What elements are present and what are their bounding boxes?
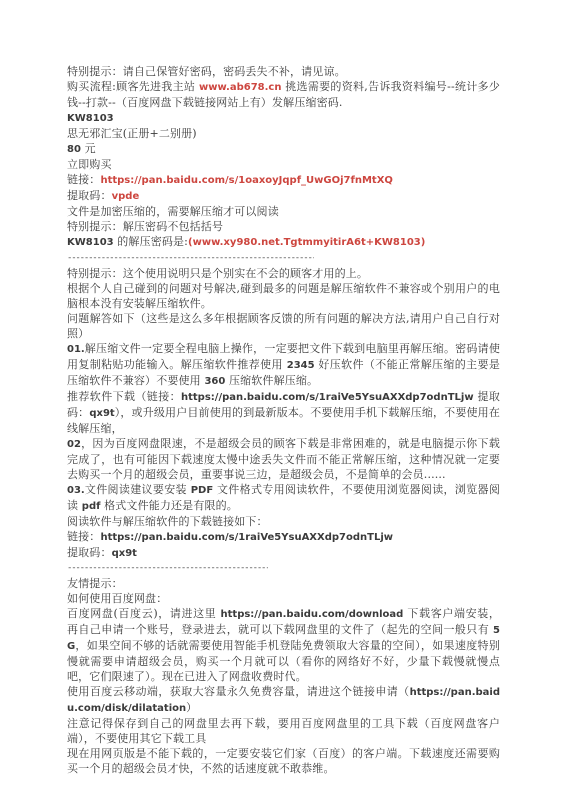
mobile-capacity-tip: 使用百度云移动端，获取大容量永久免费容量，请进这个链接申请（https://pa… (67, 684, 500, 716)
share-link-row: 链接：https://pan.baidu.com/s/1oaxoyJqpf_Uw… (67, 172, 500, 188)
text-run: ，因为百度网盘限速，不是超级会员的顾客下载是非常困难的，就是电脑提示你下载完成了… (67, 437, 500, 481)
recommended-software: 推荐软件下载（链接：https://pan.baidu.com/s/1raiVe… (67, 389, 500, 436)
unzip-password-value: (www.xy980.net.TgtmmyitirA6t+KW8103) (188, 237, 425, 248)
encrypted-file-note: 文件是加密压缩的，需要解压缩才可以阅读 (67, 204, 500, 219)
software-pan-link[interactable]: https://pan.baidu.com/s/1raiVe5YsuAXXdp7… (181, 392, 474, 403)
text-run: 提取码： (67, 546, 112, 559)
text-run: 03. (67, 485, 85, 496)
buy-now-link[interactable]: 立即购买 (67, 158, 112, 171)
faq-item-02: 02，因为百度网盘限速，不是超级会员的顾客下载是非常困难的，就是电脑提示你下载完… (67, 436, 500, 482)
text-run: 链接： (67, 530, 100, 543)
text-run: 元 (81, 142, 96, 155)
reader-software-intro: 阅读软件与解压缩软件的下载链接如下： (67, 514, 500, 529)
text-run: ），或升级用户目前使用的到最新版本。不要使用手机下载解压缩，不要使用在线解压缩， (67, 406, 500, 435)
product-price: 80 元 (67, 141, 500, 157)
text-run: 360 (204, 376, 225, 387)
faq-intro: 问题解答如下（这些是这么多年根据顾客反馈的所有问题的解决方法,请用户自己自行对照… (67, 311, 500, 341)
friendly-tip-title: 友情提示： (67, 576, 500, 591)
text-run: 文件阅读建议要安装 (85, 483, 191, 496)
purchase-flow: 购买流程:顾客先进我主站 www.ab678.cn 挑选需要的资料,告诉我资料编… (67, 79, 500, 110)
text-run: 2345 (287, 360, 315, 371)
pan-share-link[interactable]: https://pan.baidu.com/s/1oaxoyJqpf_UwGOj… (100, 175, 392, 186)
text-run: 购买流程:顾客先进我主站 (67, 80, 199, 93)
text-run: 使用百度云移动端，获取大容量永久免费容量，请进这个链接申请（ (67, 685, 410, 698)
pan-download-link[interactable]: https://pan.baidu.com/download (221, 609, 404, 620)
text-run: 根据个人自己碰到的问题对号解决,碰到最多的问题是解压缩软件不兼容或个别用户的电脑… (67, 282, 500, 310)
faq-item-03: 03.文件阅读建议要安装 PDF 文件格式专用阅读软件，不要使用浏览器阅读，浏览… (67, 482, 500, 514)
text-run: 问题解答如下（这些是这么多年根据顾客反馈的所有问题的解决方法,请用户自己自行对照… (67, 312, 500, 340)
text-run: 推荐软件下载（链接： (67, 390, 181, 403)
notice-password-brackets: 特别提示：解压密码不包括括号 (67, 219, 500, 234)
text-run: 百度网盘(百度云)，请进这里 (67, 607, 221, 620)
text-run: 如何使用百度网盘： (67, 592, 167, 605)
software-extract-code-row: 提取码：qx9t (67, 545, 500, 561)
text-run: ----------------------------------------… (67, 251, 314, 266)
text-run: 格式文件能力还是有限的。 (100, 499, 237, 512)
separator-line-1: ----------------------------------------… (67, 250, 500, 266)
text-run: 特别提示：解压密码不包括括号 (67, 220, 223, 233)
text-run: 现在用网页版是不能下载的，一定要安装它们家（百度）的客户端。下载速度还需要购买一… (67, 747, 500, 775)
document-page: 特别提示：请自己保管好密码，密码丢失不补，请见谅。购买流程:顾客先进我主站 ww… (0, 0, 566, 800)
baidu-pan-guide: 百度网盘(百度云)，请进这里 https://pan.baidu.com/dow… (67, 606, 500, 684)
document-body: 特别提示：请自己保管好密码，密码丢失不补，请见谅。购买流程:顾客先进我主站 ww… (67, 64, 500, 776)
text-run: KW8103 (67, 237, 114, 248)
text-run: 特别提示：这个使用说明只是个别实在不会的顾客才用的上。 (67, 267, 368, 280)
client-required-tip: 现在用网页版是不能下载的，一定要安装它们家（百度）的客户端。下载速度还需要购买一… (67, 746, 500, 776)
text-run: ----------------------------------------… (67, 561, 268, 576)
text-run: pdf (82, 501, 101, 512)
text-run: KW8103 (67, 113, 114, 124)
how-to-use-title: 如何使用百度网盘： (67, 591, 500, 606)
text-run: 阅读软件与解压缩软件的下载链接如下： (67, 515, 268, 528)
store-site-link[interactable]: www.ab678.cn (199, 82, 282, 93)
notice-manual-usage: 特别提示：这个使用说明只是个别实在不会的顾客才用的上。 (67, 266, 500, 281)
text-run: 思无邪汇宝(正册+二别册) (67, 127, 197, 140)
software-link-row: 链接：https://pan.baidu.com/s/1raiVe5YsuAXX… (67, 529, 500, 545)
text-run: qx9t (89, 408, 114, 419)
extract-code-value: vpde (112, 191, 140, 202)
unzip-password-row: KW8103 的解压密码是:(www.xy980.net.TgtmmyitirA… (67, 234, 500, 250)
notice-keep-password: 特别提示：请自己保管好密码，密码丢失不补，请见谅。 (67, 64, 500, 79)
text-run: 80 (67, 144, 81, 155)
text-run: 文件是加密压缩的，需要解压缩才可以阅读 (67, 205, 279, 218)
intro-problems: 根据个人自己碰到的问题对号解决,碰到最多的问题是解压缩软件不兼容或个别用户的电脑… (67, 281, 500, 311)
text-run: 02 (67, 439, 81, 450)
product-title: 思无邪汇宝(正册+二别册) (67, 126, 500, 141)
product-code: KW8103 (67, 110, 500, 126)
text-run: PDF (191, 485, 213, 496)
text-run: 提取码： (67, 189, 112, 202)
faq-item-01: 01.解压缩文件一定要全程电脑上操作，一定要把文件下载到电脑里再解压缩。密码请使… (67, 341, 500, 389)
software-extract-code-value: qx9t (112, 548, 137, 559)
text-run: 压缩软件解压缩。 (225, 374, 318, 387)
separator-line-2: ----------------------------------------… (67, 561, 500, 577)
text-run: 的解压密码是: (114, 235, 188, 248)
text-run: 注意记得保存到自己的网盘里去再下载，要用百度网盘里的工具下载（百度网盘客户端），… (67, 717, 500, 745)
buy-now: 立即购买 (67, 157, 500, 172)
text-run: 01. (67, 344, 85, 355)
software-pan-link-2[interactable]: https://pan.baidu.com/s/1raiVe5YsuAXXdp7… (100, 532, 393, 543)
text-run: 链接： (67, 173, 100, 186)
save-before-download-tip: 注意记得保存到自己的网盘里去再下载，要用百度网盘里的工具下载（百度网盘客户端），… (67, 716, 500, 746)
text-run: 特别提示：请自己保管好密码，密码丢失不补，请见谅。 (67, 65, 346, 78)
text-run: 友情提示： (67, 577, 123, 590)
extract-code-row: 提取码：vpde (67, 188, 500, 204)
text-run: ，如果空间不够的话就需要使用智能手机登陆免费领取大容量的空间），如果速度特别慢就… (67, 639, 500, 683)
text-run: ） (186, 701, 197, 714)
